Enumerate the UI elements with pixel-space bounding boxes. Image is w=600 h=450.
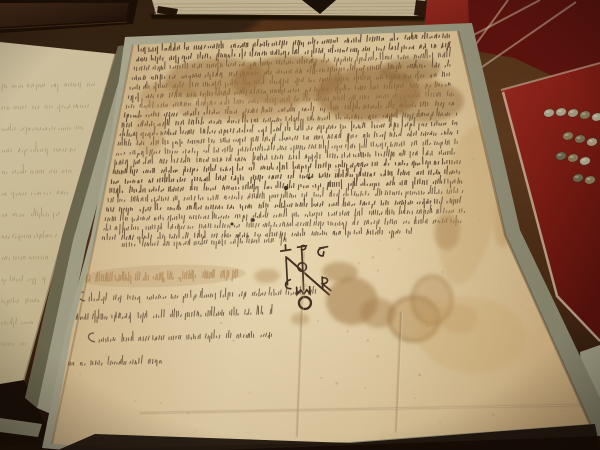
scene-canvas xyxy=(0,0,600,450)
museum-photo xyxy=(0,0,600,450)
photo-vignette xyxy=(0,0,600,450)
